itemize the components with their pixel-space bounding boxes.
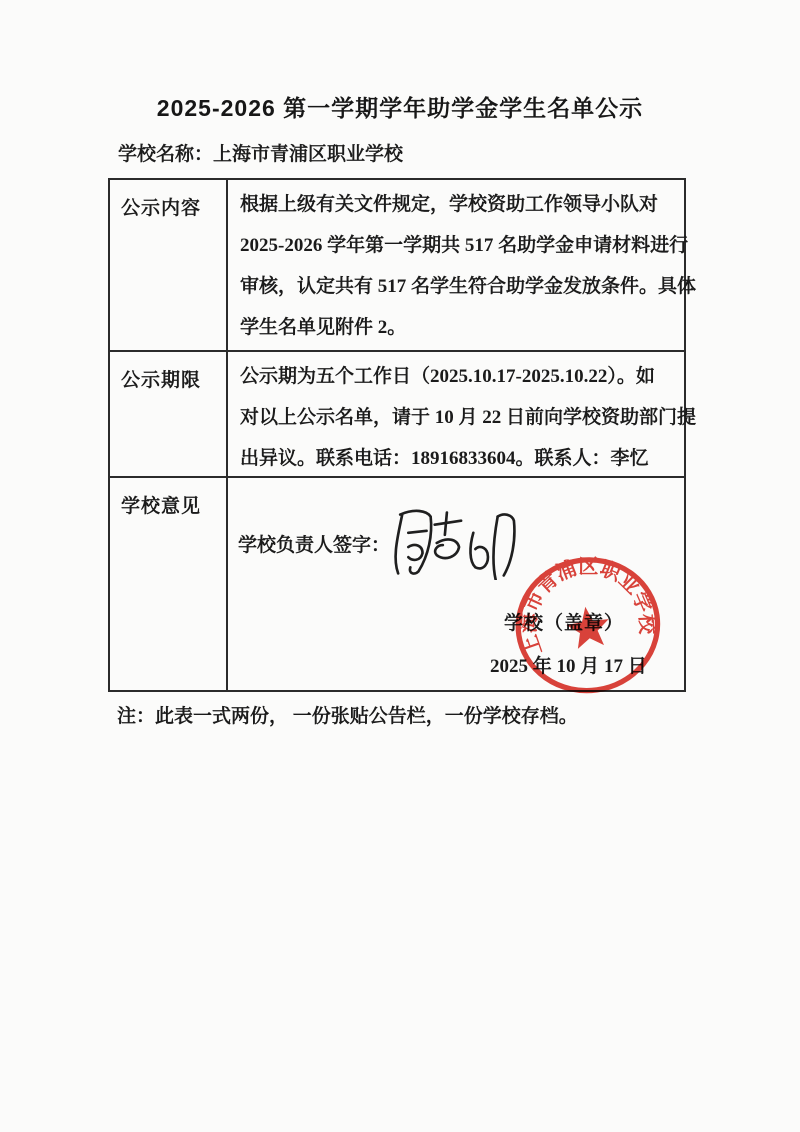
content-line: 审核，认定共有 517 名学生符合助学金发放条件。具体 xyxy=(240,266,696,307)
date-line: 2025 年 10 月 17 日 xyxy=(490,651,647,678)
signature-label: 学校负责人签字： xyxy=(238,530,390,557)
row-label: 公示期限 xyxy=(110,352,228,476)
table-row-public-content: 公示内容 根据上级有关文件规定，学校资助工作领导小队对 2025-2026 学年… xyxy=(110,180,684,352)
page-title: 2025-2026 第一学期学年助学金学生名单公示 xyxy=(0,90,800,123)
table-row-public-period: 公示期限 公示期为五个工作日（2025.10.17-2025.10.22）。如 … xyxy=(110,352,684,478)
row-label: 学校意见 xyxy=(110,478,228,690)
content-line: 出异议。联系电话：18916833604。联系人：李忆 xyxy=(240,438,696,479)
row-content: 公示期为五个工作日（2025.10.17-2025.10.22）。如 对以上公示… xyxy=(228,352,704,476)
row-label: 公示内容 xyxy=(110,180,228,350)
content-line: 根据上级有关文件规定，学校资助工作领导小队对 xyxy=(240,184,696,225)
footer-note: 注：此表一式两份， 一份张贴公告栏，一份学校存档。 xyxy=(117,701,578,728)
row-content: 学校负责人签字： 学校（盖章） 2025 年 10 月 17 日 xyxy=(228,478,684,690)
stamp-caption: 学校（盖章） xyxy=(504,608,624,635)
content-line: 公示期为五个工作日（2025.10.17-2025.10.22）。如 xyxy=(240,356,696,397)
handwritten-signature xyxy=(388,508,520,580)
content-line: 学生名单见附件 2。 xyxy=(240,307,696,348)
school-name-line: 学校名称：上海市青浦区职业学校 xyxy=(118,139,403,166)
table-row-school-opinion: 学校意见 学校负责人签字： 学校（盖章） 2025 年 10 月 17 日 xyxy=(110,478,684,690)
row-content: 根据上级有关文件规定，学校资助工作领导小队对 2025-2026 学年第一学期共… xyxy=(228,180,704,350)
scanned-document-page: 2025-2026 第一学期学年助学金学生名单公示 学校名称：上海市青浦区职业学… xyxy=(0,0,800,1132)
content-line: 对以上公示名单，请于 10 月 22 日前向学校资助部门提 xyxy=(240,397,696,438)
content-line: 2025-2026 学年第一学期共 517 名助学金申请材料进行 xyxy=(240,225,696,266)
announcement-table: 公示内容 根据上级有关文件规定，学校资助工作领导小队对 2025-2026 学年… xyxy=(108,178,686,692)
